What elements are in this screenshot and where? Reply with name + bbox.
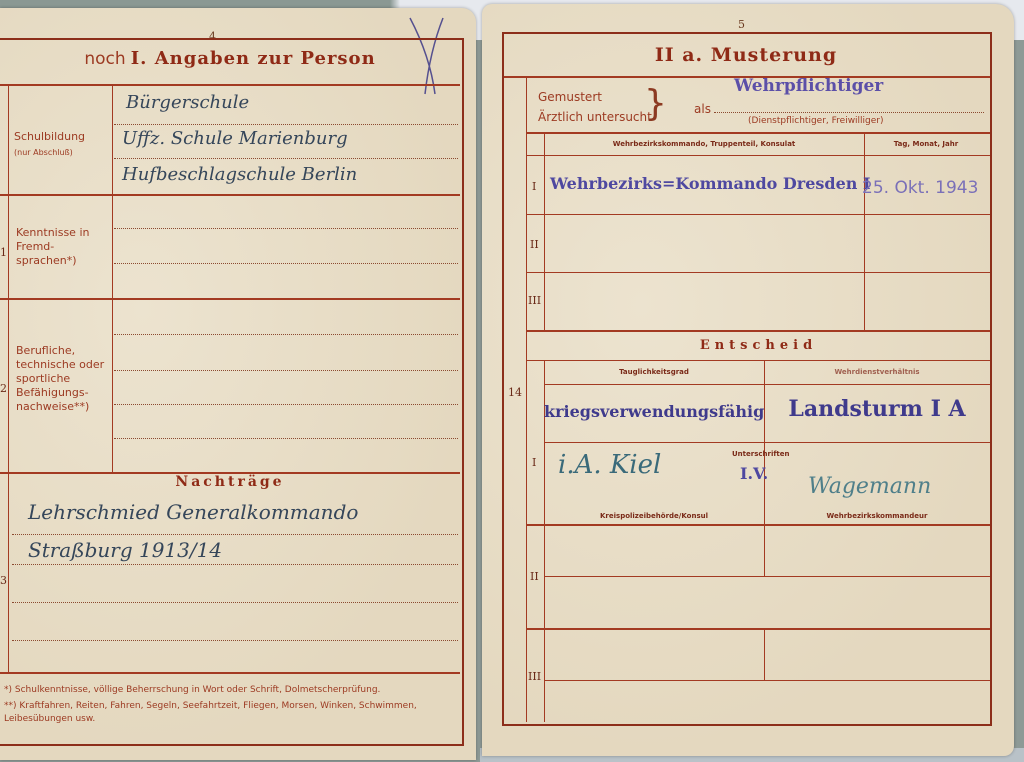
label-aerztlich: Ärztlich untersucht xyxy=(538,110,652,124)
label-fremdsprachen: Kenntnisse in Fremd-sprachen*) xyxy=(16,226,108,268)
handwritten-entry: Lehrschmied Generalkommando xyxy=(28,500,358,524)
signature-kreispolizei: i.A. Kiel xyxy=(558,450,661,480)
header-unit: Wehrbezirkskommando, Truppenteil, Konsul… xyxy=(544,140,864,148)
label-unterschriften: Unterschriften xyxy=(732,450,790,458)
row-number: 2 xyxy=(0,382,7,395)
row-number: 1 xyxy=(0,246,7,259)
section-title: II a. Musterung xyxy=(655,44,837,66)
header-wehrdienstverhaeltnis: Wehrdienstverhältnis xyxy=(764,368,990,376)
right-frame xyxy=(502,32,992,726)
footnote-2: **) Kraftfahren, Reiten, Fahren, Segeln,… xyxy=(4,700,460,726)
entscheid-title: Entscheid xyxy=(527,338,990,353)
row-number: 3 xyxy=(0,574,7,587)
header-date: Tag, Monat, Jahr xyxy=(864,140,988,148)
page-number: 5 xyxy=(738,18,745,31)
handwritten-entry: Bürgerschule xyxy=(126,92,249,113)
row-roman: II xyxy=(530,238,539,251)
stamp-tauglichkeit: kriegsverwendungsfähig xyxy=(544,402,764,421)
label-gemustert: Gemustert xyxy=(538,90,602,104)
brace: } xyxy=(644,84,667,124)
caption-kommandeur: Wehrbezirkskommandeur xyxy=(764,512,990,520)
caption-kreispolizei: Kreispolizeibehörde/Konsul xyxy=(544,512,764,520)
left-title: noch I. Angaben zur Person xyxy=(0,48,460,69)
nachtraege-title: Nachträge xyxy=(0,474,460,490)
stamp-iv: I.V. xyxy=(740,464,768,483)
row-roman: I xyxy=(532,180,536,193)
right-title-wrap: II a. Musterung xyxy=(502,44,990,66)
title-prefix: noch xyxy=(84,49,125,69)
signature-wehrbezirkskommandeur: Wagemann xyxy=(808,474,931,499)
handwritten-entry: Hufbeschlagschule Berlin xyxy=(122,164,357,185)
stamp-date: 25. Okt. 1943 xyxy=(862,178,978,198)
footnote-1: *) Schulkenntnisse, völlige Beherrschung… xyxy=(4,684,460,697)
row-roman: I xyxy=(532,456,536,469)
sublabel-schulbildung: (nur Abschluß) xyxy=(14,146,73,160)
label-als: als xyxy=(694,102,711,116)
handwritten-entry: Straßburg 1913/14 xyxy=(28,538,222,562)
hint-dienstpflichtiger: (Dienstpflichtiger, Freiwilliger) xyxy=(748,114,884,128)
stamp-landsturm: Landsturm I A xyxy=(764,396,990,422)
header-tauglichkeitsgrad: Tauglichkeitsgrad xyxy=(544,368,764,376)
row-roman: II xyxy=(530,570,539,583)
handwritten-entry: Uffz. Schule Marienburg xyxy=(122,128,348,149)
label-befaehigungen: Berufliche, technische oder sportliche B… xyxy=(16,344,112,414)
stamp-wehrbezirkskommando: Wehrbezirks=Kommando Dresden I xyxy=(550,174,870,193)
stamp-wehrpflichtiger: Wehrpflichtiger xyxy=(734,76,883,96)
row-roman: III xyxy=(528,294,541,307)
row-roman: III xyxy=(528,670,541,683)
left-page: 4 noch I. Angaben zur Person Schulbildun… xyxy=(0,8,476,760)
label-schulbildung: Schulbildung xyxy=(14,130,85,144)
side-number: 14 xyxy=(508,386,522,399)
section-title: I. Angaben zur Person xyxy=(131,48,376,69)
right-page: 5 II a. Musterung Gemustert Ärztlich unt… xyxy=(482,4,1014,756)
